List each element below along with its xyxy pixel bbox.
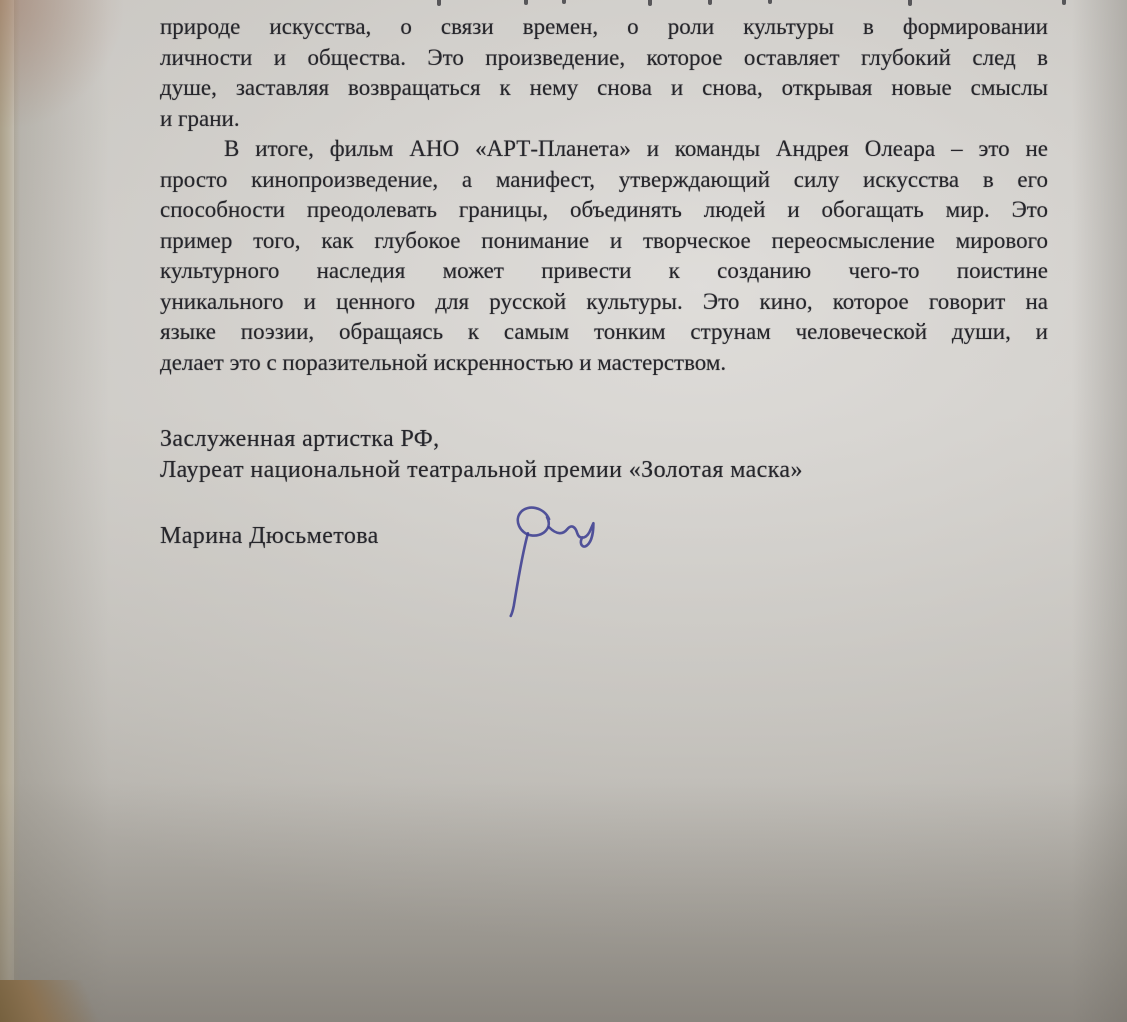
text-line: просто кинопроизведение, а манифест, утв…: [160, 165, 1048, 196]
photo-corner-tint: [0, 0, 160, 200]
text-line: делает это с поразительной искренностью …: [160, 348, 1048, 379]
signoff-title-line-1: Заслуженная артистка РФ,: [160, 424, 1048, 455]
signoff-title-line-2: Лауреат национальной театральной премии …: [160, 455, 1048, 486]
text-line: культурного наследия может привести к со…: [160, 256, 1048, 287]
clipped-text-remnant: [0, 0, 1127, 8]
signoff-block: Заслуженная артистка РФ, Лауреат национа…: [160, 424, 1048, 552]
text-line: природе искусства, о связи времен, о рол…: [160, 12, 1048, 43]
text-line: и грани.: [160, 104, 1048, 135]
text-line: личности и общества. Это произведение, к…: [160, 43, 1048, 74]
text-line: языке поэзии, обращаясь к самым тонким с…: [160, 317, 1048, 348]
desk-corner: [0, 980, 130, 1022]
paragraph-2: В итоге, фильм АНО «АРТ-Планета» и коман…: [160, 134, 1048, 378]
letter-text: природе искусства, о связи времен, о рол…: [160, 12, 1048, 552]
photo-bottom-vignette: [0, 782, 1127, 1022]
text-line: пример того, как глубокое понимание и тв…: [160, 226, 1048, 257]
paragraph-1: природе искусства, о связи времен, о рол…: [160, 12, 1048, 134]
text-line: уникального и ценного для русской культу…: [160, 287, 1048, 318]
text-line: душе, заставляя возвращаться к нему снов…: [160, 73, 1048, 104]
handwritten-signature-scribble: [486, 497, 598, 623]
text-line: способности преодолевать границы, объеди…: [160, 195, 1048, 226]
scanned-letter-photo: природе искусства, о связи времен, о рол…: [0, 0, 1127, 1022]
signatory-name: Марина Дюсьметова: [160, 521, 1048, 552]
text-line: В итоге, фильм АНО «АРТ-Планета» и коман…: [160, 134, 1048, 165]
